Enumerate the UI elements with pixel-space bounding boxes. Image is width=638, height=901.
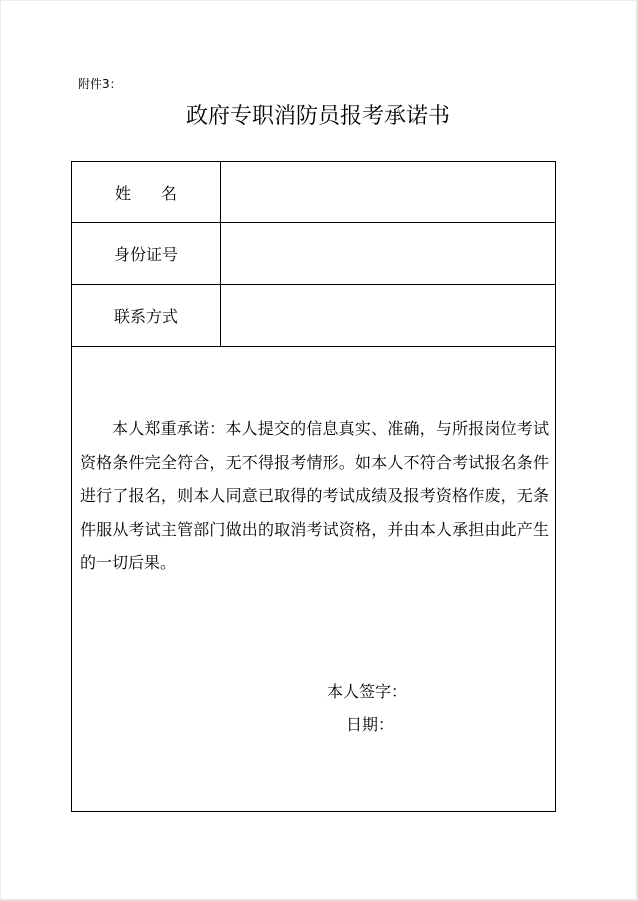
pledge-form-table: 姓名 身份证号 联系方式 本人郑重承诺：本人提交的信息真实、准确，与所报岗位考试…: [71, 161, 556, 812]
name-label-part1: 姓: [115, 181, 131, 204]
date-label: 日期：: [346, 715, 394, 735]
id-number-label: 身份证号: [72, 223, 221, 284]
document-title-text: 政府专职消防员报考承诺书: [186, 104, 450, 129]
name-label: 姓名: [72, 162, 221, 222]
name-field[interactable]: [221, 162, 555, 222]
document-title: 政府专职消防员报考承诺书: [1, 102, 638, 132]
contact-label: 联系方式: [72, 285, 221, 346]
id-number-field[interactable]: [221, 223, 555, 284]
contact-field[interactable]: [221, 285, 555, 346]
attachment-label: 附件3：: [78, 76, 122, 92]
pledge-text: 本人郑重承诺：本人提交的信息真实、准确，与所报岗位考试资格条件完全符合，无不得报…: [80, 412, 549, 580]
contact-row: 联系方式: [72, 285, 555, 347]
name-label-part2: 名: [161, 181, 177, 204]
signature-label: 本人签字：: [327, 682, 407, 702]
name-row: 姓名: [72, 162, 555, 223]
document-page: 附件3： 政府专职消防员报考承诺书 姓名 身份证号 联系方式 本人郑重承诺：本人…: [0, 0, 638, 901]
id-number-row: 身份证号: [72, 223, 555, 285]
